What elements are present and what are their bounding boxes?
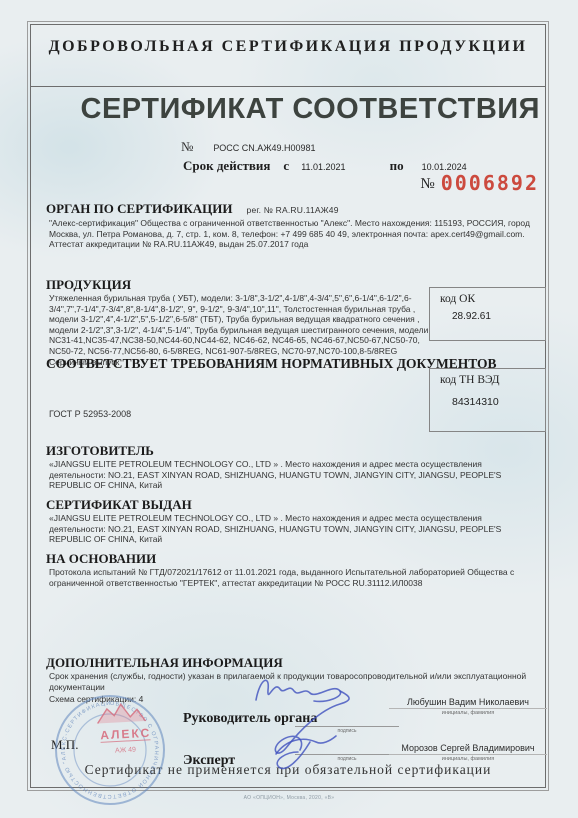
from-word: с [283,158,289,173]
org-details: "Алекс-сертификация" Общества с ограниче… [49,218,541,250]
conformity-heading: СООТВЕТСТВУЕТ ТРЕБОВАНИЯМ НОРМАТИВНЫХ ДО… [46,356,497,372]
certificate-number-row: №РОСС CN.АЖ49.Н00981 [181,139,316,155]
signature-caption: подпись [295,755,399,762]
name-caption: инициалы, фамилия [389,709,547,716]
head-signature-line: подпись [295,707,399,734]
standard-reference: ГОСТ Р 52953-2008 [49,409,131,420]
basis-heading: НА ОСНОВАНИИ [46,551,156,567]
ok-code-label: код ОК [430,288,545,305]
additional-info-line2: Схема сертификации: 4 [49,694,349,705]
certificate-title: СЕРТИФИКАТ СООТВЕТСТВИЯ [81,93,541,126]
signature-rule [295,735,399,755]
tnved-code-value: 84314310 [430,386,545,416]
form-number-sign: № [420,176,434,192]
certificate-page: ДОБРОВОЛЬНАЯ СЕРТИФИКАЦИЯ ПРОДУКЦИИ СЕРТ… [0,0,578,818]
org-reg-number: рег. № RA.RU.11АЖ49 [247,205,339,215]
certificate-frame: ДОБРОВОЛЬНАЯ СЕРТИФИКАЦИЯ ПРОДУКЦИИ СЕРТ… [30,24,546,788]
validity-label: Срок действия [183,158,270,173]
expert-name-block: Морозов Сергей Владимирович инициалы, фа… [389,743,547,762]
expert-name: Морозов Сергей Владимирович [389,743,547,755]
issued-to-heading: СЕРТИФИКАТ ВЫДАН [46,497,192,513]
certificate-number: РОСС CN.АЖ49.Н00981 [213,143,315,153]
head-name-block: Любушин Вадим Николаевич инициалы, фамил… [389,697,547,716]
ok-code-box: код ОК 28.92.61 [429,287,546,341]
number-sign: № [181,139,193,154]
signature-caption: подпись [295,727,399,734]
print-info: АО «ОПЦИОН», Москва, 2020, «В» [0,795,578,801]
additional-info-line1: Срок хранения (службы, годности) указан … [49,671,549,692]
stamp-place-mark: М.П. [51,737,78,753]
org-heading-label: ОРГАН ПО СЕРТИФИКАЦИИ [46,201,233,216]
to-word: по [390,158,404,173]
basis-details: Протокола испытаний № ГТД/072021/17612 о… [49,567,541,588]
form-number-row: №0006892 [420,171,539,195]
expert-signature-line: подпись [295,735,399,762]
product-heading: ПРОДУКЦИЯ [46,277,131,293]
name-caption: инициалы, фамилия [389,755,547,762]
manufacturer-details: «JIANGSU ELITE PETROLEUM TECHNOLOGY CO.,… [49,459,527,491]
valid-from-date: 11.01.2021 [301,162,345,172]
form-number: 0006892 [441,171,539,195]
signature-rule [295,707,399,727]
top-banner: ДОБРОВОЛЬНАЯ СЕРТИФИКАЦИЯ ПРОДУКЦИИ [31,25,545,87]
ok-code-value: 28.92.61 [430,305,545,330]
additional-info-heading: ДОПОЛНИТЕЛЬНАЯ ИНФОРМАЦИЯ [46,655,283,671]
org-heading: ОРГАН ПО СЕРТИФИКАЦИИрег. № RA.RU.11АЖ49 [46,201,339,217]
head-name: Любушин Вадим Николаевич [389,697,547,709]
manufacturer-heading: ИЗГОТОВИТЕЛЬ [46,443,154,459]
tnved-code-box: код ТН ВЭД 84314310 [429,368,546,432]
non-mandatory-note: Сертификат не применяется при обязательн… [31,762,545,778]
issued-to-details: «JIANGSU ELITE PETROLEUM TECHNOLOGY CO.,… [49,513,527,545]
